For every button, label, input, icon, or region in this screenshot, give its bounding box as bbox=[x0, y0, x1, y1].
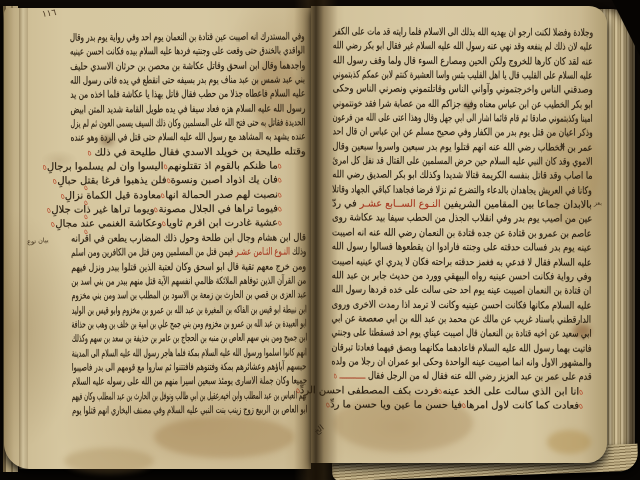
hemistich: معاودة قيل الكماة نزالِ bbox=[65, 189, 161, 204]
line-text: عين من اصيب يوم بدر وفي انقلاب الجذل من … bbox=[332, 212, 592, 228]
hemistich: فعادت كما كانت لاول امرها bbox=[466, 399, 579, 414]
manuscript-line: وجلادة وفضلا لكنت ارجو ان يهديه الله بذل… bbox=[333, 25, 593, 41]
line-text: الدارقطني باسناد غريب عن مالك عن محمد بن… bbox=[332, 312, 592, 328]
line-text: قدم على عمر بن عبد العزيز رضي الله عنه ف… bbox=[333, 370, 591, 386]
red-ink-text: النـوع الســابع عشـر bbox=[360, 199, 441, 210]
line-text: ابي سعيد عن اخيه قتادة بن النعمان قال اص… bbox=[331, 327, 591, 343]
manuscript-line: ٥انا ابن الذي سالت على الخد عينه٥فردت بك… bbox=[331, 384, 591, 400]
verse-mark: ٥ bbox=[332, 369, 339, 384]
stain bbox=[547, 430, 591, 454]
interlinear-note: بدر bbox=[218, 394, 226, 401]
hemistich: ويوما تراها غير ذات جلالِ bbox=[51, 203, 154, 218]
manuscript-line: عليه السلام مكانها فكانت احسن عينيه وكان… bbox=[332, 298, 592, 314]
line-text: عليه السلام مكانها فكانت احسن عينيه وكان… bbox=[332, 298, 592, 314]
hemistich: وعكاشة الغنمي عند مجالِ bbox=[55, 218, 162, 233]
manuscript-line: عليه السلام فقال لا فدعي به فغمز حدقته ب… bbox=[332, 255, 592, 271]
folio-number: ١١٦ bbox=[41, 8, 57, 20]
manuscript-line: ٥فعادت كما كانت لاول امرها٥فيا حسن ما عي… bbox=[331, 398, 591, 414]
hemistich: عشية غادرت ابن اقرم ثاويا bbox=[166, 217, 278, 232]
line-text: عينه يوم بدر فسالت حدقته على وجنته فاراد… bbox=[332, 240, 592, 256]
manuscript-line: بهم العباس بن عبد المطلب وابن اخيه عقيل … bbox=[72, 389, 307, 405]
right-margin-note: بعز bbox=[594, 200, 602, 207]
line-text: عاصم بن عمرو بن قتادة عن جده قتادة بن ال… bbox=[332, 226, 592, 242]
manuscript-line: ٥فيوما تراها في الجلال مصونة٥ويوما تراها… bbox=[71, 203, 306, 219]
line-text: ابو بكر الخطيب عن ابن عباس معناه وفيه جز… bbox=[333, 97, 593, 113]
line-text: والمشهور الاول وانه انما اصيبت عينه الوا… bbox=[331, 355, 591, 371]
line-text: وجلادة وفضلا لكنت ارجو ان يهديه الله بذل… bbox=[333, 25, 593, 41]
line-text: فاتيت بهما رسول الله عليه السلام فاعادهم… bbox=[331, 341, 591, 357]
manuscript-line: عليه السلام على القليب قال يا اهل القليب… bbox=[333, 68, 593, 84]
manuscript-line: والمشهور الاول وانه انما اصيبت عينه الوا… bbox=[331, 355, 591, 371]
manuscript-line: ابو بكر الخطيب عن ابن عباس معناه وفيه جز… bbox=[333, 97, 593, 113]
hemistich: فيوما تراها في الجلال مصونة bbox=[158, 203, 278, 218]
line-text: امينا وكذبتموني صادقا ثم قام قائما اشار … bbox=[333, 111, 593, 127]
line-text: بالابدان جماعا بين المقامين الشريفين الن… bbox=[332, 197, 592, 213]
line-text: عنه لقد كان كارها للخروج ولكن الحين ومصا… bbox=[333, 54, 593, 70]
manuscript-line: ابي سعيد عن اخيه قتادة بن النعمان قال اص… bbox=[331, 327, 591, 343]
right-page: وجلادة وفضلا لكنت ارجو ان يهديه الله بذل… bbox=[311, 6, 607, 463]
manuscript-line: قدم على عمر بن عبد العزيز رضي الله عنه ف… bbox=[331, 370, 591, 386]
manuscript-line: وصدقني الناس واخرجتموني وآواني الناس وقا… bbox=[333, 83, 593, 99]
line-text: عليه السلام فقال لا فدعي به فغمز حدقته ب… bbox=[332, 255, 592, 271]
line-text: وكانا في العريش يجاهدان بالدعاء والتضرع … bbox=[332, 183, 592, 199]
manuscript-line: عينه يوم بدر فسالت حدقته على وجنته فاراد… bbox=[332, 240, 592, 256]
line-text: وصدقني الناس واخرجتموني وآواني الناس وقا… bbox=[333, 83, 593, 99]
red-ink-text: ـــــــــــ bbox=[339, 371, 365, 382]
hemistich: انا ابن الذي سالت على الخد عينه bbox=[442, 384, 579, 399]
line-text: ما اصاب وقد قاتل بنفسه الكريمة قتالا شدي… bbox=[332, 169, 592, 185]
manuscript-line: ابو العاص بن الربيع زوج زينب بنت النبي ع… bbox=[72, 403, 307, 419]
manuscript-line: امينا وكذبتموني صادقا ثم قام قائما اشار … bbox=[332, 111, 592, 127]
line-text: وذكر اعيان من قتل يوم بدر من الكفار وفي … bbox=[332, 126, 592, 142]
hemistich: فردت بكف المصطفى احسن الردِّ bbox=[300, 384, 439, 399]
manuscript-line: الاموي وقد كان النبي عليه السلام حين حرض… bbox=[332, 154, 592, 170]
line-text: وفي رواية فكانت احسن عينيه رواه البيهقي … bbox=[332, 269, 592, 285]
manuscript-line: عنه لقد كان كارها للخروج ولكن الحين ومصا… bbox=[333, 54, 593, 70]
manuscript-line: وكانا في العريش يجاهدان بالدعاء والتضرع … bbox=[332, 183, 592, 199]
line-text: ابو العاص بن الربيع زوج زينب بنت النبي ع… bbox=[72, 403, 307, 419]
line-text: ان قتادة بن النعمان اصيبت عينه يوم احد ح… bbox=[332, 284, 592, 300]
manuscript-line: ما اصاب وقد قاتل بنفسه الكريمة قتالا شدي… bbox=[332, 169, 592, 185]
hemistich: اليسوا وان لم يسلموا برجالِ bbox=[47, 160, 164, 175]
margin-cross-mark: + bbox=[559, 142, 566, 151]
line-text: عليه لان ذلك لم ينفعه وقد نهي عنه رسول ا… bbox=[333, 40, 593, 56]
hemistich: فيا حسن ما عين ويا حسن ما ردِّ bbox=[330, 398, 462, 413]
manuscript-line: ان قتادة بن النعمان اصيبت عينه يوم احد ح… bbox=[332, 284, 592, 300]
poem-margin-ticks: ٥٥٥٥ bbox=[84, 184, 88, 236]
manuscript-line: عين من اصيب يوم بدر وفي انقلاب الجذل من … bbox=[332, 212, 592, 228]
manuscript-line: عليه لان ذلك لم ينفعه وقد نهي عنه رسول ا… bbox=[333, 40, 593, 56]
manuscript-line: الدارقطني باسناد غريب عن مالك عن محمد بن… bbox=[331, 312, 591, 328]
stain bbox=[64, 448, 154, 474]
hemistich: فلن يذهبوا فرغا بقتل حبالِ bbox=[57, 175, 166, 190]
manuscript-line: بالابدان جماعا بين المقامين الشريفين الن… bbox=[332, 197, 592, 213]
line-text: الاموي وقد كان النبي عليه السلام حين حرض… bbox=[332, 154, 592, 170]
manuscript-line: عمر بن الخطاب رضي الله عنه انهم قتلوا يو… bbox=[332, 140, 592, 156]
manuscript-line: ٥عشية غادرت ابن اقرم ثاويا٥وعكاشة الغنمي… bbox=[71, 217, 306, 233]
manuscript-line: وذكر اعيان من قتل يوم بدر من الكفار وفي … bbox=[332, 126, 592, 142]
stain bbox=[154, 416, 294, 458]
verse-mark: ٥ bbox=[85, 146, 93, 161]
line-text: عمر بن الخطاب رضي الله عنه انهم قتلوا يو… bbox=[332, 140, 592, 156]
manuscript-line: فاتيت بهما رسول الله عليه السلام فاعادهم… bbox=[331, 341, 591, 357]
manuscript-line: عاصم بن عمرو بن قتادة عن جده قتادة بن ال… bbox=[332, 226, 592, 242]
manuscript-line: قال ابن هشام وجال ابن طلحة وحول ذلك المض… bbox=[71, 231, 306, 247]
line-text: عليه السلام على القليب قال يا اهل القليب… bbox=[333, 68, 593, 84]
manuscript-photograph: وفي المستدرك انه اصيبت عين قتادة بن النع… bbox=[0, 0, 640, 480]
right-text-block: وجلادة وفضلا لكنت ارجو ان يهديه الله بذل… bbox=[331, 25, 593, 414]
line-text: بهم العباس بن عبد المطلب وابن اخيه عقيل … bbox=[72, 389, 307, 405]
manuscript-line: وفي رواية فكانت احسن عينيه رواه البيهقي … bbox=[332, 269, 592, 285]
line-text: قال ابن هشام وجال ابن طلحة وحول ذلك المض… bbox=[71, 231, 306, 247]
